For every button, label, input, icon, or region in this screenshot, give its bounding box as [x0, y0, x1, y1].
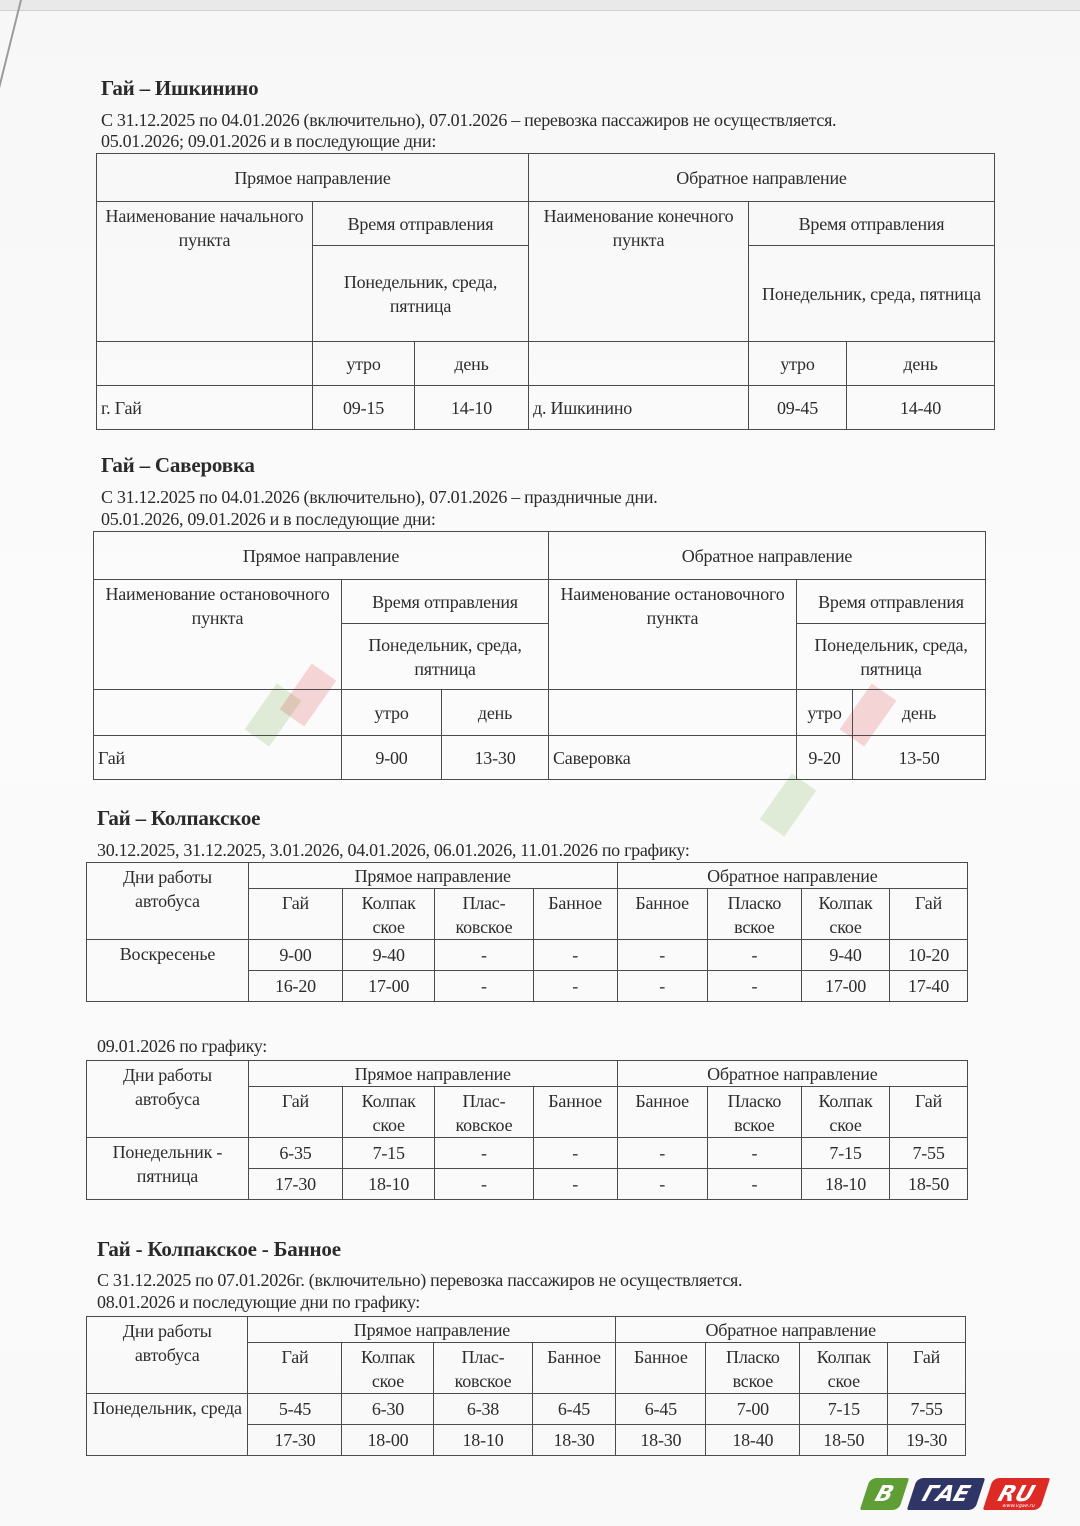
schedule-table-saverovka: Прямое направление Обратное направление … [93, 531, 986, 780]
departure-time-cell: 18-40 [706, 1425, 800, 1456]
stop-column-header: Плас- ковское [435, 1087, 533, 1138]
departure-time-cell: 17-30 [248, 1169, 342, 1200]
departure-time-cell: 18-30 [616, 1425, 706, 1456]
logo-part-ru: RU www.vgae.ru [983, 1478, 1050, 1510]
forward-direction-header: Прямое направление [94, 532, 549, 580]
table-row: Понедельник - пятница6-357-15----7-157-5… [87, 1138, 968, 1169]
logo-url: www.vgae.ru [1002, 1503, 1036, 1509]
forward-afternoon-time: 14-10 [415, 386, 529, 430]
route-title-ishkinino: Гай – Ишкинино [101, 76, 258, 101]
stop-column-header: Колпак ское [343, 889, 435, 940]
departure-time-cell: - [617, 1138, 707, 1169]
forward-direction-header: Прямое направление [248, 1061, 617, 1087]
operating-days: Воскресенье [87, 940, 249, 1002]
departure-time-cell: - [617, 971, 707, 1002]
morning-label: утро [749, 342, 847, 386]
route-note: 08.01.2026 и последующие дни по графику: [97, 1292, 420, 1313]
route-title-kolpakskoe-bannoe: Гай - Колпакское - Банное [97, 1237, 341, 1262]
schedule-table-kolpakskoe-bannoe: Дни работы автобусаПрямое направлениеОбр… [86, 1316, 966, 1456]
schedule-table-ishkinino: Прямое направление Обратное направление … [96, 153, 995, 430]
route-note: С 31.12.2025 по 04.01.2026 (включительно… [101, 487, 657, 508]
departure-time-cell: 10-20 [890, 940, 968, 971]
departure-time-cell: 9-40 [343, 940, 435, 971]
table-row: Воскресенье9-009-40----9-4010-20 [87, 940, 968, 971]
departure-time-cell: 7-15 [343, 1138, 435, 1169]
backward-direction-header: Обратное направление [549, 532, 986, 580]
stop-name-header: Наименование остановочного пункта [549, 580, 797, 690]
morning-label: утро [313, 342, 415, 386]
forward-morning-time: 09-15 [313, 386, 415, 430]
forward-stop-name: Гай [94, 736, 342, 780]
afternoon-label: день [853, 690, 986, 736]
route-note: 05.01.2026, 09.01.2026 и в последующие д… [101, 509, 436, 530]
departure-time-cell: 18-10 [434, 1425, 532, 1456]
stop-column-header: Гай [248, 1343, 342, 1394]
stop-column-header: Колпак ское [801, 889, 889, 940]
route-title-saverovka: Гай – Саверовка [101, 453, 255, 478]
departure-time-cell: 6-45 [532, 1394, 616, 1425]
days-header: Дни работы автобуса [87, 863, 249, 940]
departure-time-cell: 7-55 [890, 1138, 968, 1169]
departure-time-cell: 17-00 [801, 971, 889, 1002]
stop-column-header: Пласко вское [706, 1343, 800, 1394]
afternoon-label: день [415, 342, 529, 386]
departure-time-cell: - [533, 1138, 617, 1169]
forward-direction-header: Прямое направление [248, 1317, 616, 1343]
departure-time-cell: - [533, 940, 617, 971]
end-point-header: Наименование конечного пункта [529, 202, 749, 342]
afternoon-label: день [847, 342, 995, 386]
departure-time-cell: - [533, 1169, 617, 1200]
stop-column-header: Колпак ское [343, 1087, 435, 1138]
scanned-page: Гай – Ишкинино С 31.12.2025 по 04.01.202… [0, 0, 1080, 1526]
stop-column-header: Гай [890, 889, 968, 940]
backward-direction-header: Обратное направление [617, 863, 967, 889]
forward-morning-time: 9-00 [342, 736, 442, 780]
departure-time-cell: - [435, 940, 533, 971]
forward-direction-header: Прямое направление [97, 154, 529, 202]
schedule-table-kolpakskoe-weekday: Дни работы автобусаПрямое направлениеОбр… [86, 1060, 968, 1200]
stop-column-header: Плас- ковское [435, 889, 533, 940]
departure-time-cell: 18-30 [532, 1425, 616, 1456]
stop-column-header: Гай [888, 1343, 966, 1394]
watermark-logo [760, 773, 817, 836]
departure-time-cell: 9-40 [801, 940, 889, 971]
route-note: 05.01.2026; 09.01.2026 и в последующие д… [101, 131, 436, 152]
departure-time-cell: 18-10 [343, 1169, 435, 1200]
departure-time-cell: - [707, 971, 801, 1002]
departure-time-cell: 7-15 [801, 1138, 889, 1169]
table-row: Понедельник, среда5-456-306-386-456-457-… [87, 1394, 966, 1425]
stop-column-header: Гай [248, 1087, 342, 1138]
backward-direction-header: Обратное направление [616, 1317, 966, 1343]
departure-time-cell: 17-00 [343, 971, 435, 1002]
forward-stop-name: г. Гай [97, 386, 313, 430]
departure-time-cell: 5-45 [248, 1394, 342, 1425]
stop-column-header: Банное [617, 889, 707, 940]
start-point-header: Наименование начального пункта [97, 202, 313, 342]
days-label: Понедельник, среда, пятница [342, 624, 549, 690]
departure-time-cell: 6-35 [248, 1138, 342, 1169]
departure-time-cell: - [707, 940, 801, 971]
stop-column-header: Банное [533, 1087, 617, 1138]
departure-time-cell: 7-15 [800, 1394, 888, 1425]
departure-time-cell: 9-00 [248, 940, 342, 971]
departure-time-cell: - [707, 1138, 801, 1169]
departure-time-cell: - [707, 1169, 801, 1200]
logo-part-gae: ГАЕ [907, 1478, 986, 1510]
departure-time-cell: 7-55 [888, 1394, 966, 1425]
schedule-table-kolpakskoe-holidays: Дни работы автобусаПрямое направлениеОбр… [86, 862, 968, 1002]
route-note: 30.12.2025, 31.12.2025, 3.01.2026, 04.01… [97, 840, 690, 861]
page-top-edge [0, 0, 1080, 11]
empty-cell [549, 690, 797, 736]
forward-afternoon-time: 13-30 [442, 736, 549, 780]
logo-part-v: В [860, 1478, 909, 1510]
departure-time-cell: - [435, 1169, 533, 1200]
empty-cell [529, 342, 749, 386]
departure-time-cell: 17-40 [890, 971, 968, 1002]
site-logo: В ГАЕ RU www.vgae.ru [865, 1478, 1045, 1514]
backward-direction-header: Обратное направление [529, 154, 995, 202]
backward-morning-time: 9-20 [797, 736, 853, 780]
departure-time-cell: - [617, 940, 707, 971]
operating-days: Понедельник - пятница [87, 1138, 249, 1200]
departure-time-header: Время отправления [342, 580, 549, 624]
departure-time-cell: 19-30 [888, 1425, 966, 1456]
departure-time-cell: 17-30 [248, 1425, 342, 1456]
stop-column-header: Гай [248, 889, 342, 940]
empty-cell [94, 690, 342, 736]
backward-morning-time: 09-45 [749, 386, 847, 430]
stop-column-header: Колпак ское [801, 1087, 889, 1138]
backward-stop-name: Саверовка [549, 736, 797, 780]
stop-column-header: Пласко вское [707, 889, 801, 940]
departure-time-cell: 18-00 [342, 1425, 434, 1456]
departure-time-cell: 6-38 [434, 1394, 532, 1425]
stop-column-header: Колпак ское [800, 1343, 888, 1394]
departure-time-cell: 18-10 [801, 1169, 889, 1200]
departure-time-cell: 18-50 [890, 1169, 968, 1200]
departure-time-header: Время отправления [749, 202, 995, 246]
backward-stop-name: д. Ишкинино [529, 386, 749, 430]
days-header: Дни работы автобуса [87, 1061, 249, 1138]
departure-time-cell: 6-45 [616, 1394, 706, 1425]
departure-time-cell: 16-20 [248, 971, 342, 1002]
morning-label: утро [797, 690, 853, 736]
route-title-kolpakskoe: Гай – Колпакское [97, 806, 260, 831]
stop-column-header: Колпак ское [342, 1343, 434, 1394]
departure-time-cell: - [435, 1138, 533, 1169]
stop-column-header: Банное [533, 889, 617, 940]
backward-afternoon-time: 14-40 [847, 386, 995, 430]
operating-days: Понедельник, среда [87, 1394, 248, 1456]
page-fold-line [0, 0, 22, 90]
departure-time-cell: 7-00 [706, 1394, 800, 1425]
days-label: Понедельник, среда, пятница [749, 246, 995, 342]
departure-time-cell: - [617, 1169, 707, 1200]
stop-column-header: Плас- ковское [434, 1343, 532, 1394]
stop-name-header: Наименование остановочного пункта [94, 580, 342, 690]
backward-direction-header: Обратное направление [617, 1061, 967, 1087]
departure-time-cell: - [435, 971, 533, 1002]
stop-column-header: Пласко вское [707, 1087, 801, 1138]
route-note: С 31.12.2025 по 07.01.2026г. (включитель… [97, 1270, 742, 1291]
stop-column-header: Банное [617, 1087, 707, 1138]
days-label: Понедельник, среда, пятница [797, 624, 986, 690]
stop-column-header: Банное [532, 1343, 616, 1394]
days-header: Дни работы автобуса [87, 1317, 248, 1394]
stop-column-header: Гай [890, 1087, 968, 1138]
departure-time-cell: 18-50 [800, 1425, 888, 1456]
route-note: 09.01.2026 по графику: [97, 1036, 267, 1057]
backward-afternoon-time: 13-50 [853, 736, 986, 780]
departure-time-header: Время отправления [313, 202, 529, 246]
morning-label: утро [342, 690, 442, 736]
departure-time-header: Время отправления [797, 580, 986, 624]
departure-time-cell: 6-30 [342, 1394, 434, 1425]
route-note: С 31.12.2025 по 04.01.2026 (включительно… [101, 110, 836, 131]
stop-column-header: Банное [616, 1343, 706, 1394]
forward-direction-header: Прямое направление [248, 863, 617, 889]
departure-time-cell: - [533, 971, 617, 1002]
empty-cell [97, 342, 313, 386]
afternoon-label: день [442, 690, 549, 736]
days-label: Понедельник, среда, пятница [313, 246, 529, 342]
